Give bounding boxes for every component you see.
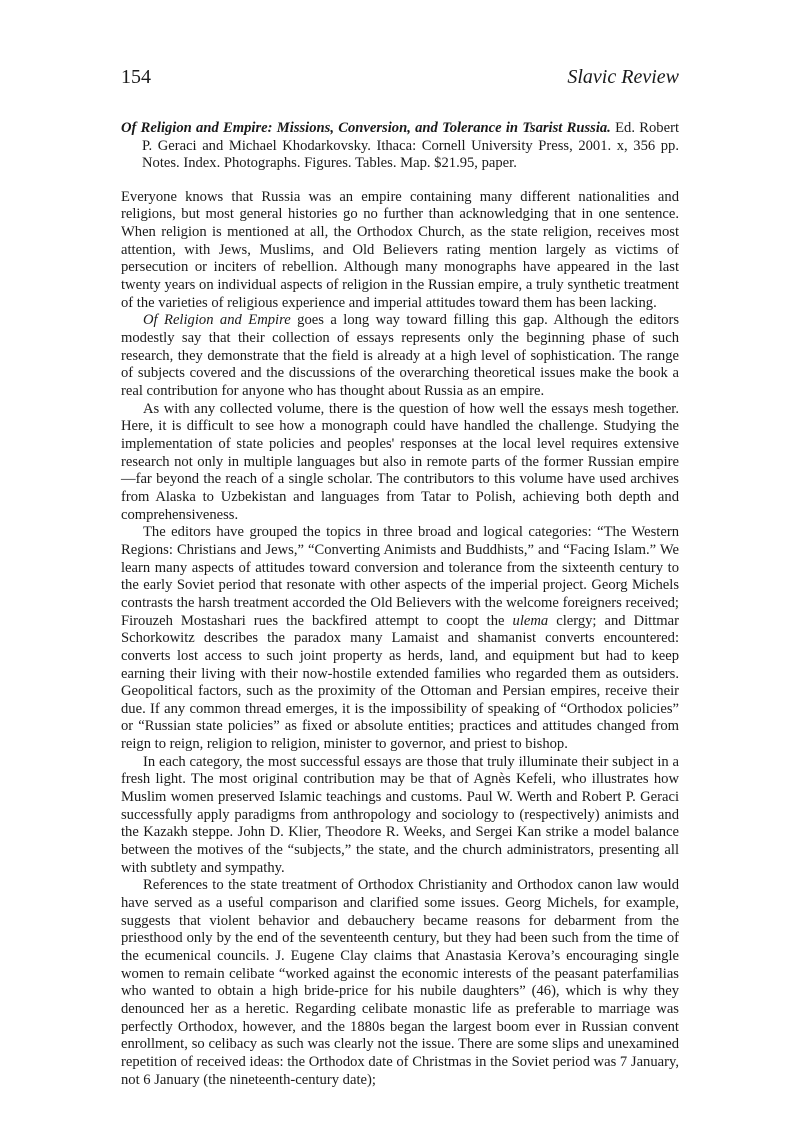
paragraph-1: Everyone knows that Russia was an empire… xyxy=(121,189,679,313)
paragraph-4: The editors have grouped the topics in t… xyxy=(121,524,679,754)
paragraph-3: As with any collected volume, there is t… xyxy=(121,401,679,525)
page-number: 154 xyxy=(121,66,151,89)
paragraph-text: As with any collected volume, there is t… xyxy=(121,401,679,523)
book-citation: Of Religion and Empire: Missions, Conver… xyxy=(121,120,679,173)
paragraph-5: In each category, the most successful es… xyxy=(121,754,679,878)
paragraph-text: clergy; and Dittmar Schorkowitz describe… xyxy=(121,613,679,753)
journal-page: 154 Slavic Review Of Religion and Empire… xyxy=(121,66,679,1089)
book-title-inline: Of Religion and Empire xyxy=(143,312,291,328)
book-title: Of Religion and Empire: Missions, Conver… xyxy=(121,120,611,136)
italic-term: ulema xyxy=(513,613,549,629)
paragraph-6: References to the state treatment of Ort… xyxy=(121,877,679,1089)
paragraph-text: Everyone knows that Russia was an empire… xyxy=(121,189,679,311)
paragraph-text: In each category, the most successful es… xyxy=(121,754,679,876)
journal-title: Slavic Review xyxy=(567,66,679,89)
paragraph-2: Of Religion and Empire goes a long way t… xyxy=(121,312,679,400)
review-body: Everyone knows that Russia was an empire… xyxy=(121,189,679,1089)
running-head: 154 Slavic Review xyxy=(121,66,679,96)
paragraph-text: References to the state treatment of Ort… xyxy=(121,877,679,1087)
